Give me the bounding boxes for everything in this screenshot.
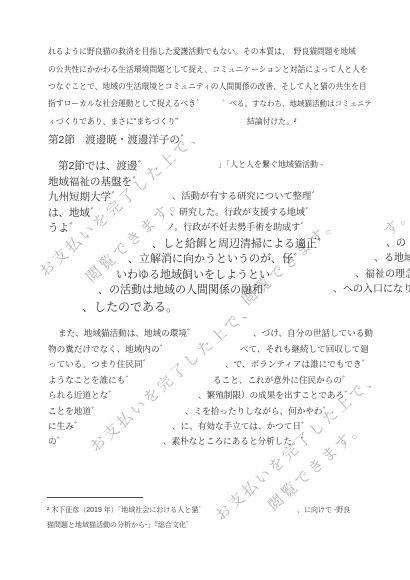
footnote-segment: 猫問題と地域猫活動の分析から-」『総合文化゛	[47, 522, 193, 529]
para-2-segment: 、福祉の理念	[355, 270, 410, 280]
para-1-segment: 結論付けた。²	[247, 118, 296, 126]
para-3-segment: られる近道とな゛	[48, 391, 117, 400]
footnote-segment: ² 木下征彦（2019 年）「地域社会における人と猫゛	[47, 507, 205, 514]
para-2-segment: うよ゛	[48, 223, 80, 234]
para-2-segment: は、地域゛	[48, 208, 101, 219]
para-2-segment: 、しと給餌と周辺清掃による適正゛	[152, 239, 328, 250]
para-3-segment: の゛	[48, 437, 65, 446]
para-1-segment: の公共性にかかわる生活環境問題として捉え、コミュニケーションと対話によって人と人…	[48, 66, 368, 74]
para-2-segment: 九州短期大学゛	[48, 192, 122, 203]
para-3-segment: また、地域猫活動は、地域の環境゛	[58, 329, 196, 338]
para-3-segment: ことを地道゛	[48, 407, 100, 416]
section-heading-segment: 第2節 渡邊暁・渡邊洋子の゛	[48, 135, 190, 146]
para-1-segment: ィづくりであり、まさに“まちづくり”	[48, 118, 178, 126]
para-3-segment: 、ミを拾ったりしながら、何かやわ゛	[185, 407, 331, 416]
para-3-segment: っている。つまり住民同゛	[48, 360, 151, 369]
para-3-segment: 物の糞だけでなく、地域内の゛	[48, 345, 168, 354]
para-2-segment: 、の活動は地域の人間関係の融和゛	[98, 285, 274, 296]
para-3-segment: 、素朴なところにあると分析した。゛	[163, 437, 309, 446]
footnote-segment: 、に向けて -野良	[297, 507, 350, 514]
para-2-segment: 第2節では、渡邊゛	[58, 161, 148, 172]
para-2-segment: 、研究した。行政が支援する地域゛	[170, 208, 314, 217]
para-3-segment: 、づけ、自分の世話している動	[253, 329, 373, 338]
para-2-segment: 、への入口になり	[333, 285, 410, 295]
para-2-segment: 、る地域	[374, 254, 410, 264]
para-2-segment: 地域福祉の基盤を゛	[48, 177, 143, 188]
para-2-segment: 、活動が有する研究について整理゛	[172, 192, 321, 201]
para-2-segment: 、立解消に向かうというのが、仔゛	[128, 254, 304, 265]
para-3-segment: に生み゛	[48, 422, 82, 431]
document-page: お支払いを完了した上で、閲覧できます。閲覧できます。お支払いを完了した上で、お支…	[0, 0, 410, 580]
para-3-segment: 、繁殖制限）の成果を出すことであろ゛	[198, 391, 353, 400]
para-1-segment: れるように野良猫の救済を目指した愛護活動でもない。その本質は、 野良猫問題を地域	[48, 48, 356, 56]
para-3-segment: 、で、ボランティアは誰にでもでき゛	[225, 360, 370, 369]
para-2-segment: いわゆる地域飼いをしようとい	[116, 270, 270, 281]
para-2-segment: ノ。行政が不妊去勢手術を助成す゛	[166, 223, 309, 232]
paywall-watermark-text: す。	[381, 205, 410, 239]
para-2-segment: 」「人と人を繋ぐ地域猫活動 -	[218, 161, 323, 169]
paywall-watermark-text: 閲覧できます。	[266, 419, 369, 514]
para-2-segment: 、の	[386, 239, 406, 249]
footnote-separator	[47, 497, 143, 498]
para-1-segment: ゛べる。すなわち、地域猫活動はコミュニテ	[222, 100, 372, 108]
para-3-segment: べて、それも継続して回収して廻	[240, 345, 369, 354]
para-1-segment: 指すローカルな社会運動として捉えるべき゛	[48, 100, 204, 108]
para-2-segment: 、したのである。	[82, 301, 178, 313]
para-3-segment: ようなことを誰にも゛	[48, 376, 134, 385]
para-1-segment: つなぐことで、地域の生活環境とコミュニティの人間関係の改善、そして人と猫の共生を…	[48, 83, 367, 91]
para-3-segment: 、に、有効な手立ては、かつて日゛	[172, 422, 310, 431]
para-3-segment: ること、これが意外に住民からの゛	[213, 376, 351, 385]
